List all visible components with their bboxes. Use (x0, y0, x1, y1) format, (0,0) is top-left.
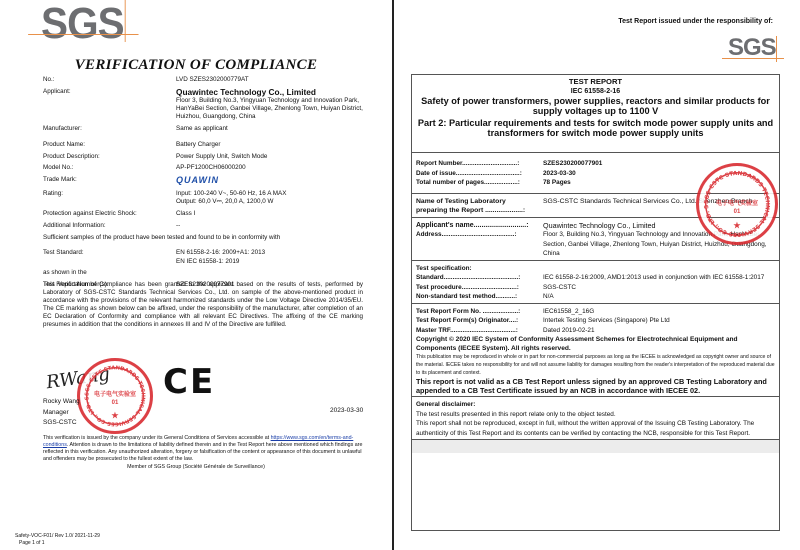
field-label: No.: (43, 76, 176, 84)
disclaimer-text: This report shall not be reproduced, exc… (416, 419, 775, 438)
trf-section: Test Report Form No. ...................… (412, 304, 779, 398)
logo-rule (776, 36, 777, 62)
field-label: Product Name: (43, 141, 176, 149)
stamp-center-text: 电子电气实验室 (699, 198, 775, 207)
stamp-number: 01 (80, 400, 150, 406)
trf-originator: Intertek Testing Services (Singapore) Pt… (543, 316, 775, 326)
row-label: Test Report Form No. ...................… (416, 307, 543, 317)
voc-body-paragraph: This Verification of Compliance has been… (43, 281, 363, 330)
field-value: Power Supply Unit, Switch Mode (176, 153, 363, 161)
sufficient-text: Sufficient samples of the product have b… (43, 234, 280, 242)
copyright-notice: Copyright © 2020 IEC System of Conformit… (416, 335, 775, 353)
report-title-part1: Safety of power transformers, power supp… (412, 96, 779, 117)
as-shown: as shown in the (43, 269, 363, 277)
field-number: No.: LVD SZES2302000779AT (43, 76, 363, 84)
field-label: Applicant: (43, 88, 176, 122)
logo-rule (125, 0, 126, 42)
signer-org: SGS-CSTC (43, 418, 80, 429)
field-label: Product Description: (43, 153, 176, 161)
row-label: Master TRF..............................… (416, 326, 543, 336)
row-label: Applicant's name........................… (416, 221, 543, 231)
field-applicant: Applicant: Quawintec Technology Co., Lim… (43, 88, 363, 122)
legal-text: This verification is issued by the compa… (43, 435, 271, 441)
stamp-number: 01 (699, 209, 775, 215)
field-label: Protection against Electric Shock: (43, 210, 176, 218)
report-title-part2: Part 2: Particular requirements and test… (412, 118, 779, 139)
applicant-address: Floor 3, Building No.3, Yingyuan Technol… (176, 97, 363, 122)
trf-row: Test Report Form(s) Originator....:Inter… (416, 316, 775, 326)
report-header-box: TEST REPORT IEC 61558-2-16 Safety of pow… (411, 74, 780, 153)
general-disclaimer: General disclaimer: The test results pre… (412, 397, 779, 440)
row-label: Address.................................… (416, 230, 543, 259)
row-label: Report Number...........................… (416, 159, 543, 169)
voc-fields: No.: LVD SZES2302000779AT Applicant: Qua… (43, 76, 363, 293)
field-product-name: Product Name: Battery Charger (43, 141, 363, 149)
lab-label-line: preparing the Report ...................… (416, 206, 543, 216)
sgs-member-line: Member of SGS Group (Société Générale de… (0, 464, 392, 470)
signer-name: Rocky Wang (43, 397, 80, 408)
test-procedure-value: SGS-CSTC (543, 283, 775, 293)
field-label: Manufacturer: (43, 125, 176, 133)
form-ref-text: Safety-VOC-F01/ Rev 1.0/ 2021-11-29 (15, 533, 100, 540)
row-label: Date of issue...........................… (416, 169, 543, 179)
field-label: Trade Mark: (43, 176, 176, 186)
test-standard-1: EN 61558-2-16: 2009+A1: 2013 (176, 249, 363, 257)
publication-notice: This publication may be reproduced in wh… (416, 353, 775, 377)
trf-row: Test Report Form No. ...................… (416, 307, 775, 317)
sign-date: 2023-03-30 (330, 407, 363, 414)
spec-row: Test procedure..........................… (416, 283, 775, 293)
stamp-center-text: 电子电气实验室 (80, 389, 150, 398)
sgs-logo: SGS (41, 2, 124, 46)
field-manufacturer: Manufacturer: Same as applicant (43, 125, 363, 133)
test-specification: Test specification: Standard............… (412, 261, 779, 304)
row-label: Test procedure..........................… (416, 283, 543, 293)
spec-row: Non-standard test method...........:N/A (416, 292, 775, 302)
as-shown-text: as shown in the (43, 269, 87, 277)
page-number: Page 1 of 1 (15, 540, 100, 547)
field-value: Quawintec Technology Co., Limited Floor … (176, 88, 363, 122)
issued-under-label: Test Report issued under the responsibil… (618, 18, 773, 25)
field-value: AP-PF1200CH06000200 (176, 164, 363, 172)
ce-mark-logo: CE (163, 365, 215, 399)
field-test-standard: Test Standard: EN 61558-2-16: 2009+A1: 2… (43, 249, 363, 265)
sgs-logo-text: SGS (728, 34, 776, 61)
standard-value: IEC 61558-2-16:2009, AMD1:2013 used in c… (543, 273, 775, 283)
validity-notice: This report is not valid as a CB Test Re… (416, 377, 775, 395)
logo-rule (28, 34, 138, 35)
field-value: Class I (176, 210, 363, 218)
field-value: -- (176, 222, 363, 230)
field-label: Additional Information: (43, 222, 176, 230)
sufficient-statement: Sufficient samples of the product have b… (43, 234, 363, 242)
trf-number: IEC61558_2_16G (543, 307, 775, 317)
form-reference: Safety-VOC-F01/ Rev 1.0/ 2021-11-29 Page… (15, 533, 100, 547)
legal-text: . Attention is drawn to the limitations … (43, 442, 362, 462)
company-seal-stamp: SGS-CSTC STANDARDS TECHNICAL SERVICES CO… (77, 358, 153, 434)
quawin-trademark-logo: QUAWIN (176, 175, 219, 185)
document-title: VERIFICATION OF COMPLIANCE (0, 57, 392, 74)
field-value: Battery Charger (176, 141, 363, 149)
report-heading: TEST REPORT (412, 77, 779, 86)
rating-input: Input: 100-240 V~, 50-60 Hz, 16 A MAX (176, 190, 363, 198)
field-label: Model No.: (43, 164, 176, 172)
row-label: Non-standard test method...........: (416, 292, 543, 302)
signer-title: Manager (43, 408, 80, 419)
section-heading: Test specification: (416, 264, 775, 274)
test-report-page: Test Report issued under the responsibil… (394, 0, 800, 550)
test-standard-2: EN IEC 61558-1: 2019 (176, 258, 363, 266)
field-label: Test Standard: (43, 249, 176, 265)
signer-block: Rocky Wang Manager SGS-CSTC (43, 397, 80, 429)
row-label: Total number of pages...................… (416, 178, 543, 188)
non-standard-method-value: N/A (543, 292, 775, 302)
field-value: Same as applicant (176, 125, 363, 133)
lab-label-line: Name of Testing Laboratory (416, 197, 543, 207)
star-icon: ★ (80, 411, 150, 420)
field-value: EN 61558-2-16: 2009+A1: 2013 EN IEC 6155… (176, 249, 363, 265)
field-additional-info: Additional Information: -- (43, 222, 363, 230)
field-value: QUAWIN (176, 176, 363, 186)
applicant-company: Quawintec Technology Co., Limited (176, 88, 363, 97)
field-protection: Protection against Electric Shock: Class… (43, 210, 363, 218)
verification-of-compliance-page: SGS VERIFICATION OF COMPLIANCE No.: LVD … (0, 0, 392, 550)
field-value: LVD SZES2302000779AT (176, 76, 363, 84)
row-label: Test Report Form(s) Originator....: (416, 316, 543, 326)
spec-row: Standard................................… (416, 273, 775, 283)
field-label: Rating: (43, 190, 176, 206)
logo-rule (722, 58, 784, 59)
disclaimer-text: The test results presented in this repor… (416, 410, 775, 420)
field-value: Input: 100-240 V~, 50-60 Hz, 16 A MAX Ou… (176, 190, 363, 206)
row-label: Name of Testing Laboratorypreparing the … (416, 197, 543, 216)
row-label: Standard................................… (416, 273, 543, 283)
field-product-description: Product Description: Power Supply Unit, … (43, 153, 363, 161)
trf-row: Master TRF..............................… (416, 326, 775, 336)
blank-footer-row (412, 440, 779, 453)
sgs-logo-text: SGS (41, 0, 124, 48)
master-trf: Dated 2019-02-21 (543, 326, 775, 336)
star-icon: ★ (699, 221, 775, 230)
field-model-no: Model No.: AP-PF1200CH06000200 (43, 164, 363, 172)
field-rating: Rating: Input: 100-240 V~, 50-60 Hz, 16 … (43, 190, 363, 206)
report-standard: IEC 61558-2-16 (412, 88, 779, 95)
section-heading: General disclaimer: (416, 400, 775, 410)
company-seal-stamp: SGS-CSTC STANDARDS TECHNICAL SERVICES CO… (696, 163, 778, 245)
rating-output: Output: 60,0 V⎓, 20,0 A, 1200,0 W (176, 198, 363, 206)
sgs-logo: SGS (728, 36, 776, 60)
legal-notice: This verification is issued by the compa… (43, 435, 363, 463)
field-trade-mark: Trade Mark: QUAWIN (43, 176, 363, 186)
